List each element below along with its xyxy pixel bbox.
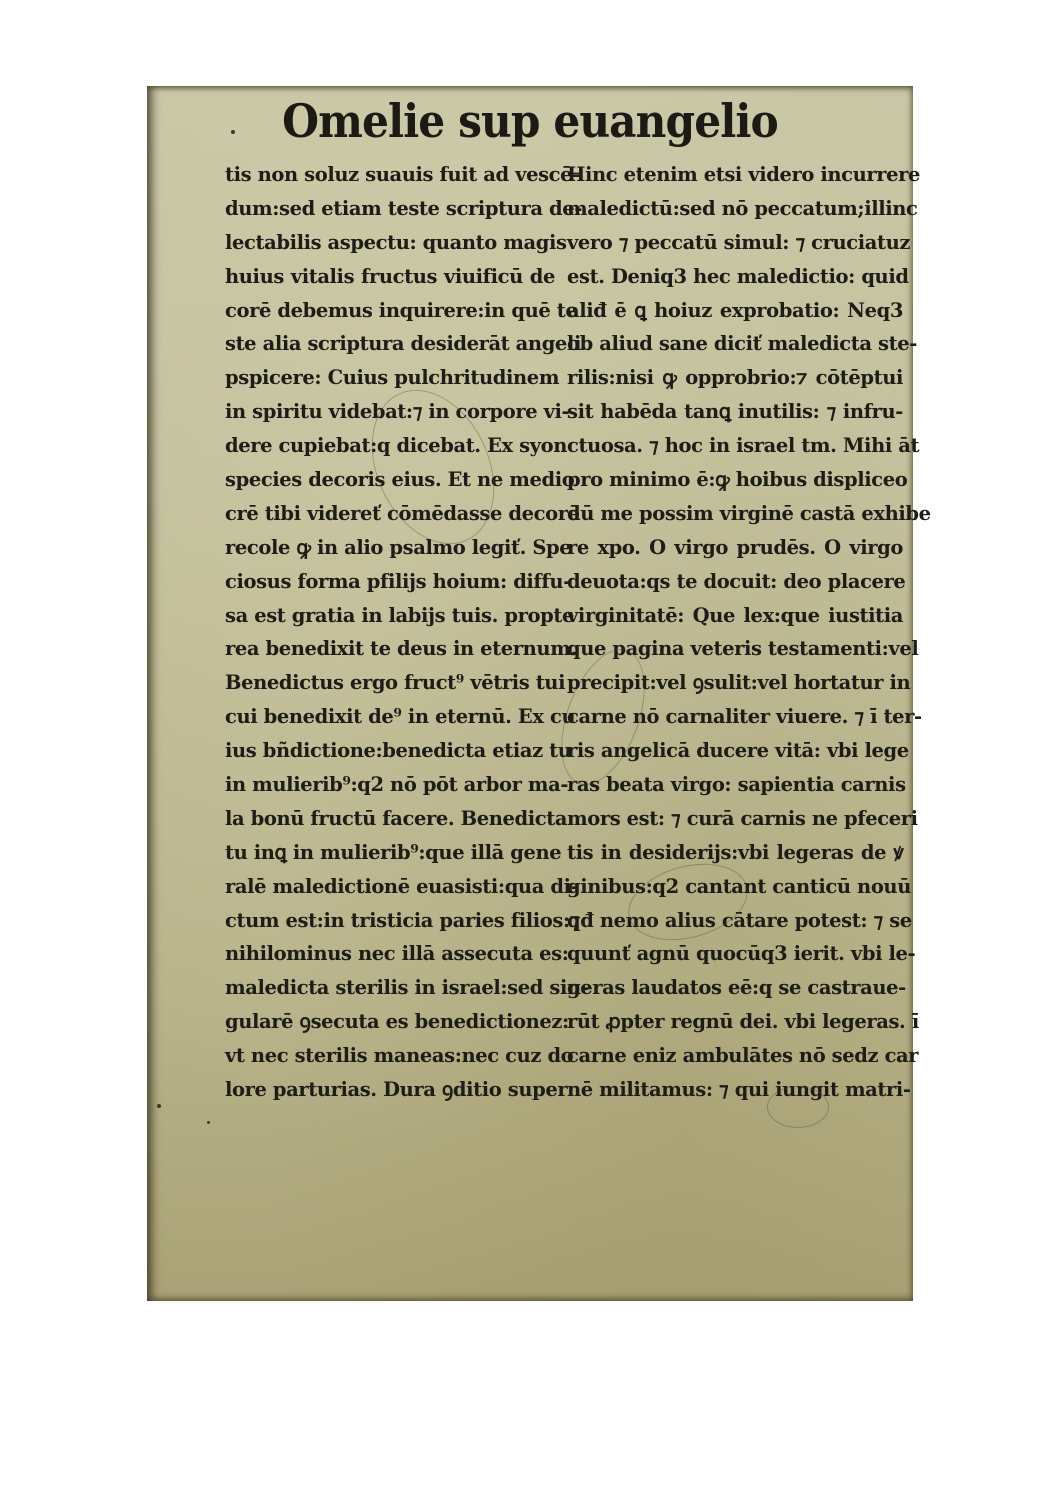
text-line: sa est gratia in labijs tuis. propte	[225, 599, 555, 633]
text-line: virginitatē: Que lex:que iustitia	[567, 599, 903, 633]
text-line: geras laudatos eē:q se castraue-	[567, 971, 903, 1005]
text-line: que pagina veteris testamenti:vel	[567, 632, 903, 666]
text-line: la bonū fructū facere. Benedicta	[225, 802, 555, 836]
text-line: recole ꝙ in alio psalmo legiť. Spe	[225, 531, 555, 565]
text-line: tis non soluz suauis fuit ad vescē-	[225, 158, 555, 192]
text-line: cui benedixit de⁹ in eternū. Ex cu	[225, 700, 555, 734]
ink-speck	[231, 130, 235, 134]
text-column-right: Hinc etenim etsi videro incurreremaledic…	[567, 158, 903, 1107]
text-line: rūt ꝓpter regnū dei. vbi legeras. ī	[567, 1005, 903, 1039]
text-line: dum:sed etiam teste scriptura de-	[225, 192, 555, 226]
text-line: maledictū:sed nō peccatum;illinc	[567, 192, 903, 226]
text-line: lectabilis aspectu: quanto magis	[225, 226, 555, 260]
text-line: ralē maledictionē euasisti:qua di-	[225, 870, 555, 904]
text-line: crē tibi videreť cōmēdasse decorē	[225, 497, 555, 531]
text-line: precipit:vel ꝯsulit:vel hortatur in	[567, 666, 903, 700]
text-line: pro minimo ē:ꝙ hoibus displiceo	[567, 463, 903, 497]
text-line: dū me possim virginē castā exhibe	[567, 497, 903, 531]
text-line: ctuosa. ⁊ hoc in israel tm. Mihi āt	[567, 429, 903, 463]
running-title: Omelie sup euangelio	[178, 94, 883, 148]
text-line: ctum est:in tristicia paries filios:⁊	[225, 904, 555, 938]
text-line: quunť agnū quocūq3 ierit. vbi le-	[567, 937, 903, 971]
text-line: maledicta sterilis in israel:sed sin-	[225, 971, 555, 1005]
text-line: in spiritu videbat:⁊ in corpore vi-	[225, 395, 555, 429]
text-line: Benedictus ergo fruct⁹ vētris tui	[225, 666, 555, 700]
text-line: rilis:nisi ꝙ opprobrio:⁊ cōtēptui	[567, 361, 903, 395]
text-line: in mulierib⁹:q2 nō pōt arbor ma-	[225, 768, 555, 802]
text-line: species decoris eius. Et ne medio	[225, 463, 555, 497]
text-line: vt nec sterilis maneas:nec cuz do	[225, 1039, 555, 1073]
text-line: ginibus:q2 cantant canticū nouū	[567, 870, 903, 904]
text-line: lore parturias. Dura ꝯditio super	[225, 1073, 555, 1107]
text-line: nē militamus: ⁊ qui iungit matri-	[567, 1073, 903, 1107]
text-line: deuota:qs te docuit: deo placere	[567, 565, 903, 599]
text-line: ciosus forma pfilijs hoium: diffu-	[225, 565, 555, 599]
text-line: mors est: ⁊ curā carnis ne pfeceri	[567, 802, 903, 836]
text-column-left: tis non soluz suauis fuit ad vescē-dum:s…	[225, 158, 555, 1107]
text-line: aliđ ē ꝗ hoiuz exprobatio: Neq3	[567, 294, 903, 328]
text-line: gularē ꝯsecuta es benedictionez:	[225, 1005, 555, 1039]
text-line: ras beata virgo: sapientia carnis	[567, 768, 903, 802]
text-line: Hinc etenim etsi videro incurrere	[567, 158, 903, 192]
text-line: vero ⁊ peccatū simul: ⁊ cruciatuz	[567, 226, 903, 260]
text-line: ius bñdictione:benedicta etiaz tu	[225, 734, 555, 768]
text-line: tu inꝗ in mulierib⁹:que illā gene	[225, 836, 555, 870]
text-line: carne eniz ambulātes nō sedz car	[567, 1039, 903, 1073]
text-line: sit habēda tanꝗ inutilis: ⁊ infru-	[567, 395, 903, 429]
text-line: corē debemus inquirere:in quē te	[225, 294, 555, 328]
text-line: rea benedixit te deus in eternum.	[225, 632, 555, 666]
text-line: ste alia scriptura desiderāt angeli	[225, 327, 555, 361]
text-line: ris angelicā ducere vitā: vbi lege	[567, 734, 903, 768]
text-line: dere cupiebat:q dicebat. Ex syon	[225, 429, 555, 463]
text-line: est. Deniq3 hec maledictio: quid	[567, 260, 903, 294]
text-line: ob aliud sane diciť maledicta ste-	[567, 327, 903, 361]
text-line: nihilominus nec illā assecuta es:	[225, 937, 555, 971]
text-line: huius vitalis fructus viuificū de	[225, 260, 555, 294]
text-line: carne nō carnaliter viuere. ⁊ ī ter-	[567, 700, 903, 734]
text-line: qđ nemo alius cātare potest: ⁊ se	[567, 904, 903, 938]
text-line: tis in desiderijs:vbi legeras de ꝟ	[567, 836, 903, 870]
text-line: re xpo. O virgo prudēs. O virgo	[567, 531, 903, 565]
manuscript-page: Omelie sup euangelio tis non soluz suaui…	[147, 86, 913, 1301]
ink-speck	[157, 1104, 161, 1108]
ink-speck	[207, 1121, 210, 1124]
text-line: pspicere: Cuius pulchritudinem	[225, 361, 555, 395]
